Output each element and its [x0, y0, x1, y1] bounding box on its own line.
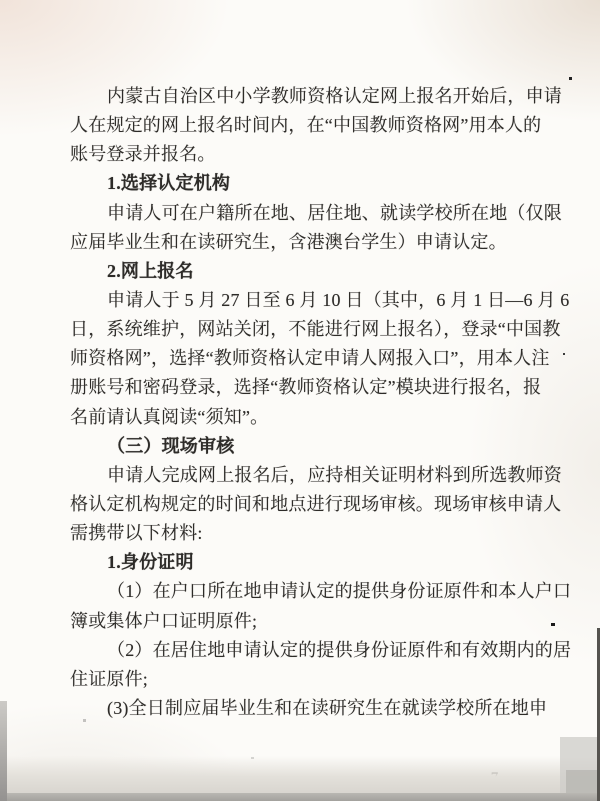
text-line: 需携带以下材料: [70, 519, 538, 548]
section-heading: 2.网上报名 [70, 257, 538, 286]
text-line: （1）在户口所在地申请认定的提供身份证原件和本人户口 [70, 577, 538, 606]
scan-shadow-bottom [0, 756, 600, 794]
scan-shadow-bottom-edge [0, 793, 600, 801]
scan-shadow-left [0, 701, 7, 801]
text-line: 申请人可在户籍所在地、居住地、就读学校所在地（仅限 [70, 199, 538, 228]
scanned-page: 内蒙古自治区中小学教师资格认定网上报名开始后，申请 人在规定的网上报名时间内，在… [0, 0, 600, 801]
text-line: 应届毕业生和在读研究生，含港澳台学生）申请认定。 [70, 228, 538, 257]
scan-speck [551, 623, 555, 626]
text-line: 册账号和密码登录，选择“教师资格认定”模块进行报名，报 [70, 373, 538, 402]
section-heading: （三）现场审核 [70, 432, 538, 461]
scan-speck [251, 757, 254, 759]
text-line: （2）在居住地申请认定的提供身份证原件和有效期内的居 [70, 636, 538, 665]
text-line: 内蒙古自治区中小学教师资格认定网上报名开始后，申请 [70, 82, 538, 111]
text-line: 账号登录并报名。 [70, 140, 538, 169]
scan-speck [563, 353, 565, 355]
section-heading: 1.身份证明 [70, 548, 538, 577]
text-line: 名前请认真阅读“须知”。 [70, 403, 538, 432]
scan-gray-patch-bottom-right [566, 770, 600, 794]
scan-speck [83, 719, 86, 722]
text-line: 人在规定的网上报名时间内，在“中国教师资格网”用本人的 [70, 111, 538, 140]
section-heading: 1.选择认定机构 [70, 169, 538, 198]
text-line: 簿或集体户口证明原件; [70, 607, 538, 636]
text-line: 格认定机构规定的时间和地点进行现场审核。现场审核申请人 [70, 490, 538, 519]
text-line: 申请人于 5 月 27 日至 6 月 10 日（其中，6 月 1 日—6 月 6 [70, 286, 538, 315]
text-line: 住证原件; [70, 665, 538, 694]
text-line: (3)全日制应届毕业生和在读研究生在就读学校所在地申 [70, 694, 538, 723]
document-text-block: 内蒙古自治区中小学教师资格认定网上报名开始后，申请 人在规定的网上报名时间内，在… [70, 82, 538, 723]
text-line: 申请人完成网上报名后，应持相关证明材料到所选教师资 [70, 461, 538, 490]
text-line: 师资格网”，选择“教师资格认定申请人网报入口”，用本人注 [70, 344, 538, 373]
text-line: 日，系统维护，网站关闭，不能进行网上报名），登录“中国教 [70, 315, 538, 344]
scan-speck [569, 77, 572, 80]
